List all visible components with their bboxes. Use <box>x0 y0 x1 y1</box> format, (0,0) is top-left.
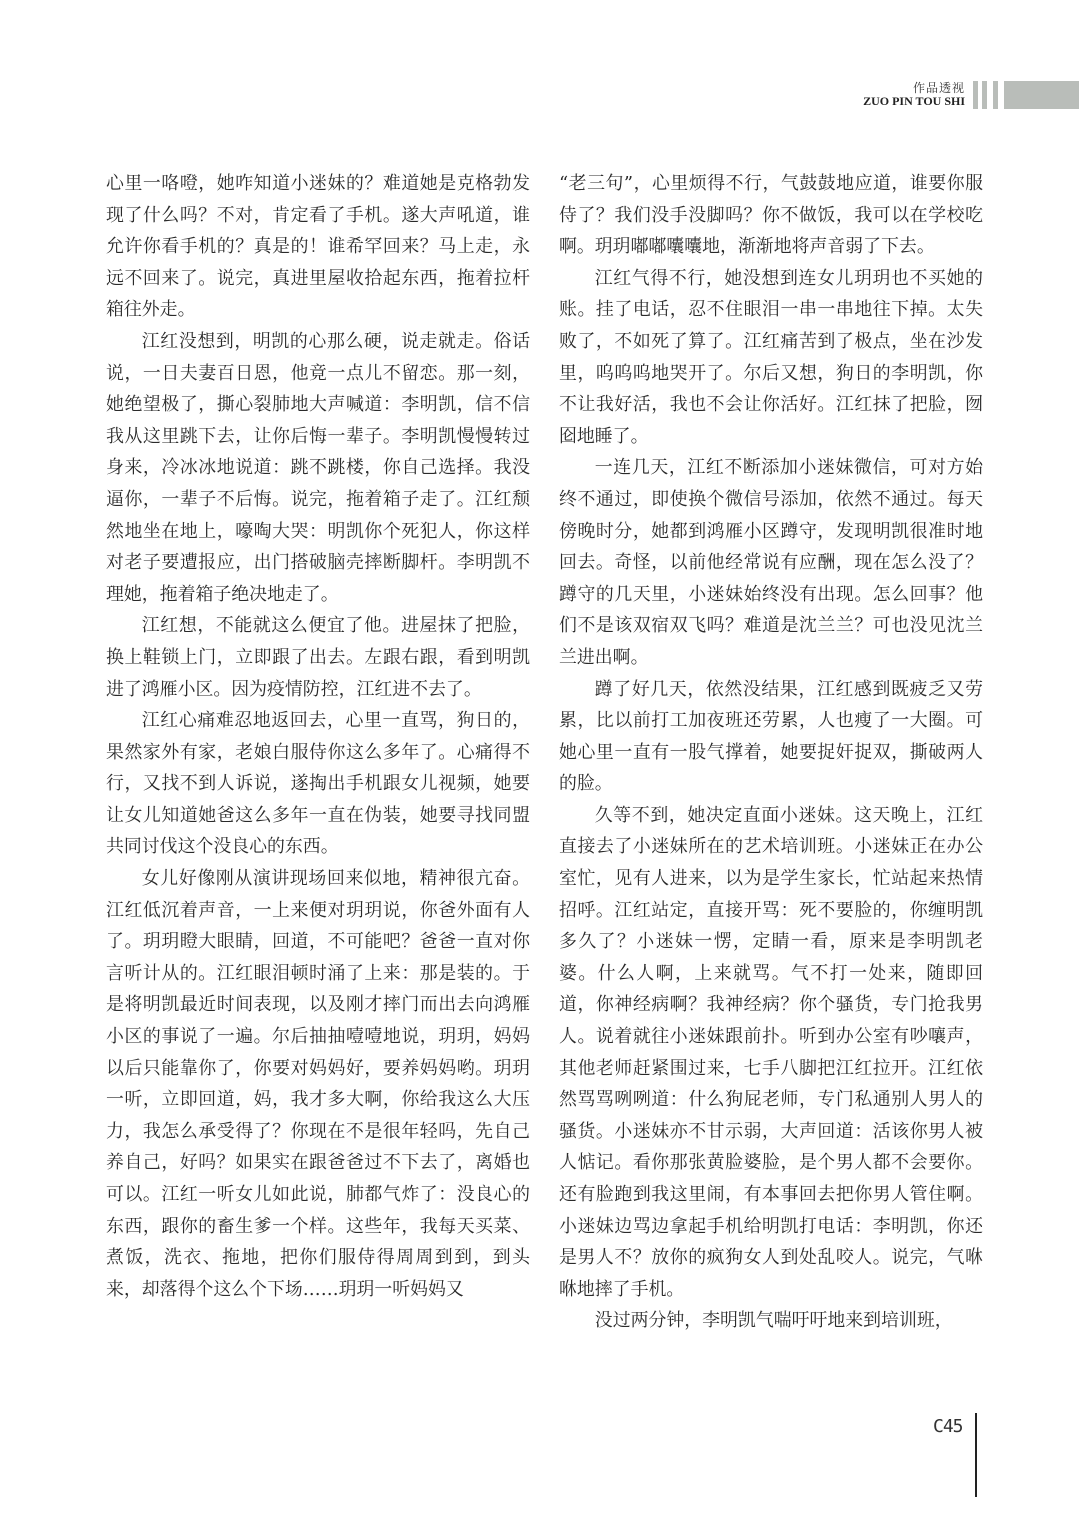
paragraph: 江红想，不能就这么便宜了他。进屋抹了把脸，换上鞋锁上门，立即跟了出去。左跟右跟，… <box>106 610 530 705</box>
paragraph: 江红心痛难忍地返回去，心里一直骂，狗日的，果然家外有家，老娘白服侍你这么多年了。… <box>106 705 530 863</box>
section-title-en: ZUO PIN TOU SHI <box>863 95 965 108</box>
decorative-bar <box>982 81 987 109</box>
paragraph: 江红气得不行，她没想到连女儿玥玥也不买她的账。挂了电话，忍不住眼泪一串一串地往下… <box>559 263 983 453</box>
page-number-rule <box>975 1413 977 1497</box>
section-title: 作品透视 ZUO PIN TOU SHI <box>863 82 965 107</box>
paragraph: “老三句”，心里烦得不行，气鼓鼓地应道，谁要你服侍了？我们没手没脚吗？你不做饭，… <box>559 168 983 263</box>
right-column: “老三句”，心里烦得不行，气鼓鼓地应道，谁要你服侍了？我们没手没脚吗？你不做饭，… <box>559 168 983 1337</box>
paragraph: 一连几天，江红不断添加小迷妹微信，可对方始终不通过，即使换个微信号添加，依然不通… <box>559 452 983 673</box>
paragraph: 心里一咯噔，她咋知道小迷妹的？难道她是克格勃发现了什么吗？不对，肯定看了手机。遂… <box>106 168 530 326</box>
paragraph: 女儿好像刚从演讲现场回来似地，精神很亢奋。江红低沉着声音，一上来便对玥玥说，你爸… <box>106 863 530 1305</box>
paragraph: 蹲了好几天，依然没结果，江红感到既疲乏又劳累，比以前打工加夜班还劳累，人也瘦了一… <box>559 674 983 800</box>
paragraph: 久等不到，她决定直面小迷妹。这天晚上，江红直接去了小迷妹所在的艺术培训班。小迷妹… <box>559 800 983 1306</box>
decorative-bar <box>993 81 998 109</box>
paragraph: 江红没想到，明凯的心那么硬，说走就走。俗话说，一日夫妻百日恩，他竟一点儿不留恋。… <box>106 326 530 610</box>
paragraph: 没过两分钟，李明凯气喘吁吁地来到培训班， <box>559 1305 983 1337</box>
decorative-block <box>1004 81 1079 109</box>
page-number: C45 <box>933 1416 963 1437</box>
running-header: 作品透视 ZUO PIN TOU SHI <box>863 80 1079 110</box>
left-column: 心里一咯噔，她咋知道小迷妹的？难道她是克格勃发现了什么吗？不对，肯定看了手机。遂… <box>106 168 530 1305</box>
decorative-bar <box>973 81 978 109</box>
